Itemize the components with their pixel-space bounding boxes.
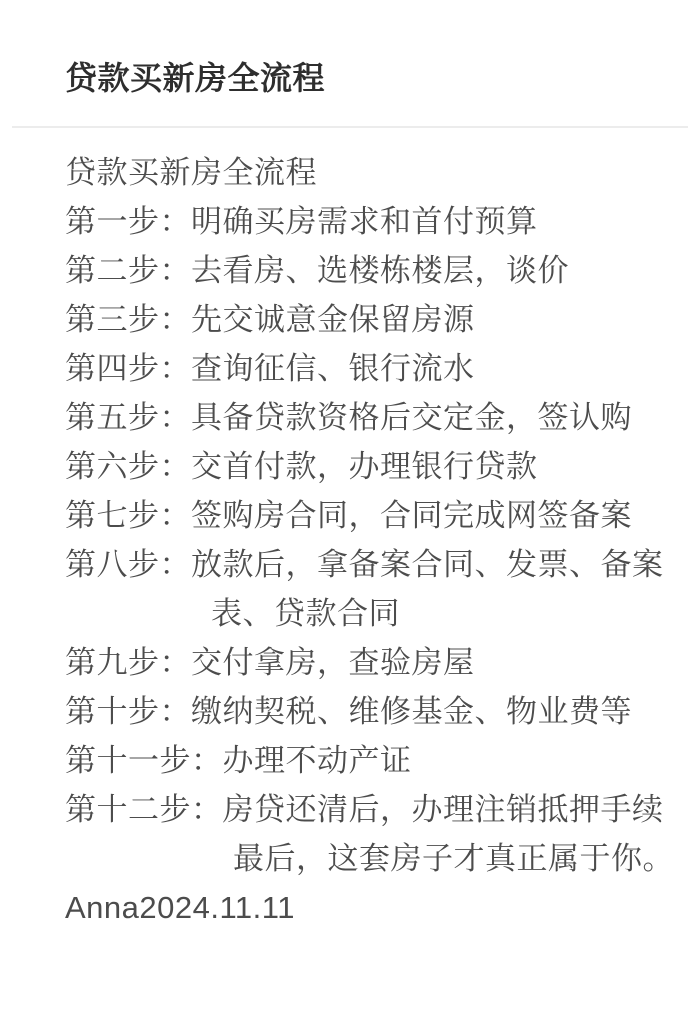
step-8-wrap-line: 表、贷款合同 — [65, 589, 675, 638]
step-8-line: 第八步：放款后，拿备案合同、发票、备案 — [65, 540, 675, 589]
step-7-line: 第七步：签购房合同，合同完成网签备案 — [65, 491, 675, 540]
step-10-line: 第十步：缴纳契税、维修基金、物业费等 — [65, 687, 675, 736]
note-page: 贷款买新房全流程 贷款买新房全流程 第一步：明确买房需求和首付预算 第二步：去看… — [0, 0, 700, 1030]
step-3-line: 第三步：先交诚意金保留房源 — [65, 295, 675, 344]
step-4-line: 第四步：查询征信、银行流水 — [65, 344, 675, 393]
step-11-line: 第十一步：办理不动产证 — [65, 736, 675, 785]
page-title: 贷款买新房全流程 — [65, 56, 635, 100]
body-title-line: 贷款买新房全流程 — [65, 148, 675, 197]
step-1-line: 第一步：明确买房需求和首付预算 — [65, 197, 675, 246]
page-header: 贷款买新房全流程 — [0, 0, 700, 100]
step-5-line: 第五步：具备贷款资格后交定金，签认购 — [65, 393, 675, 442]
step-6-line: 第六步：交首付款，办理银行贷款 — [65, 442, 675, 491]
step-9-line: 第九步：交付拿房，查验房屋 — [65, 638, 675, 687]
document-body: 贷款买新房全流程 第一步：明确买房需求和首付预算 第二步：去看房、选楼栋楼层，谈… — [0, 128, 700, 932]
closing-remark-line: 最后，这套房子才真正属于你。 — [65, 834, 675, 883]
step-2-line: 第二步：去看房、选楼栋楼层，谈价 — [65, 246, 675, 295]
author-signature: Anna2024.11.11 — [65, 883, 675, 932]
step-12-line: 第十二步：房贷还清后，办理注销抵押手续 — [65, 785, 675, 834]
